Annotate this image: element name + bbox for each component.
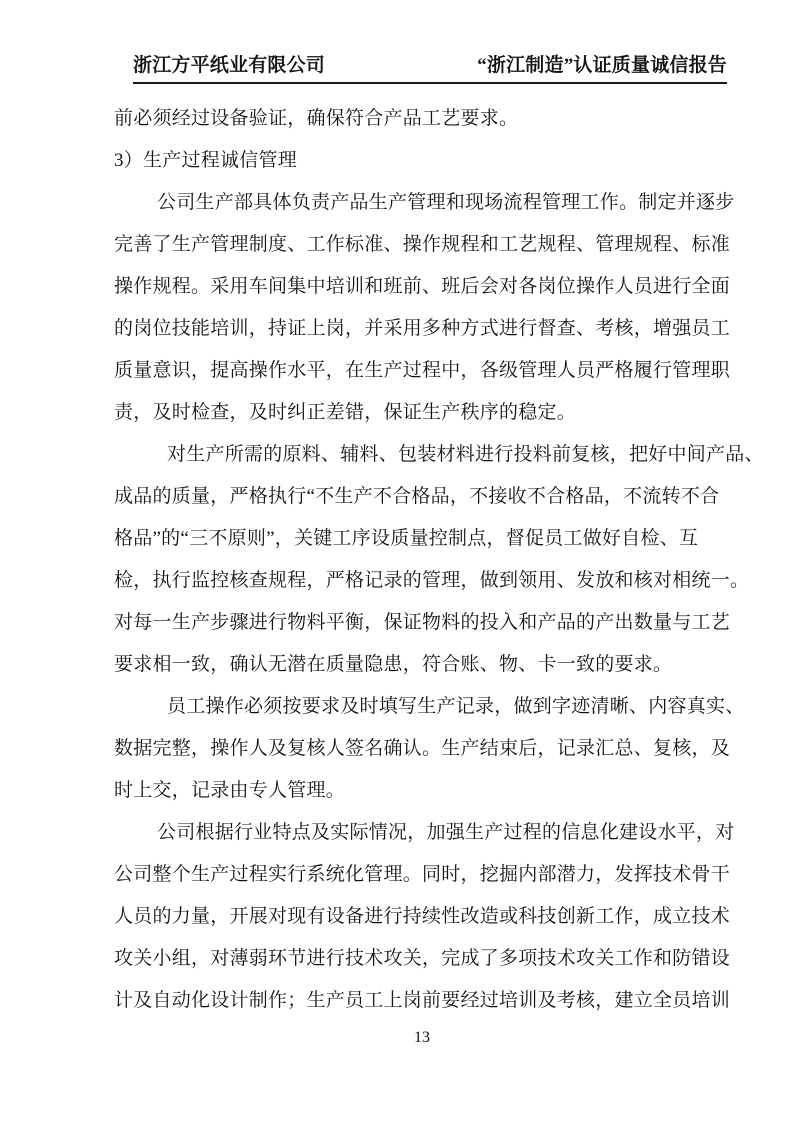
paragraph-line: 质量意识，提高操作水平，在生产过程中，各级管理人员严格履行管理职 <box>114 350 754 392</box>
header-report-title: “浙江制造”认证质量诚信报告 <box>477 50 727 77</box>
paragraph-line: 要求相一致，确认无潜在质量隐患，符合账、物、卡一致的要求。 <box>114 644 754 686</box>
paragraph-line: 攻关小组，对薄弱环节进行技术攻关，完成了多项技术攻关工作和防错设 <box>114 938 754 980</box>
page-number: 13 <box>414 1029 430 1046</box>
paragraph-line: 员工操作必须按要求及时填写生产记录，做到字迹清晰、内容真实、 <box>114 686 754 728</box>
paragraph-line: 格品”的“三不原则”，关键工序设质量控制点，督促员工做好自检、互 <box>114 518 754 560</box>
paragraph-line: 操作规程。采用车间集中培训和班前、班后会对各岗位操作人员进行全面 <box>114 266 754 308</box>
header-company-name: 浙江方平纸业有限公司 <box>133 50 325 77</box>
page-header: 浙江方平纸业有限公司 “浙江制造”认证质量诚信报告 <box>133 50 727 84</box>
paragraph-line: 成品的质量，严格执行“不生产不合格品，不接收不合格品，不流转不合 <box>114 476 754 518</box>
document-page: 浙江方平纸业有限公司 “浙江制造”认证质量诚信报告 前必须经过设备验证，确保符合… <box>0 0 800 1131</box>
paragraph-line: 对每一生产步骤进行物料平衡，保证物料的投入和产品的产出数量与工艺 <box>114 602 754 644</box>
paragraph-line: 人员的力量，开展对现有设备进行持续性改造或科技创新工作，成立技术 <box>114 896 754 938</box>
paragraph-line: 公司生产部具体负责产品生产管理和现场流程管理工作。制定并逐步 <box>114 182 754 224</box>
paragraph-line: 公司根据行业特点及实际情况，加强生产过程的信息化建设水平，对 <box>114 812 754 854</box>
page-footer: 13 <box>114 1028 730 1048</box>
paragraph-line: 对生产所需的原料、辅料、包装材料进行投料前复核，把好中间产品、 <box>114 434 754 476</box>
paragraph-line: 时上交，记录由专人管理。 <box>114 770 754 812</box>
paragraph-line: 完善了生产管理制度、工作标准、操作规程和工艺规程、管理规程、标准 <box>114 224 754 266</box>
paragraph-line: 前必须经过设备验证，确保符合产品工艺要求。 <box>114 98 754 140</box>
paragraph-line: 数据完整，操作人及复核人签名确认。生产结束后，记录汇总、复核，及 <box>114 728 754 770</box>
content: 前必须经过设备验证，确保符合产品工艺要求。3）生产过程诚信管理公司生产部具体负责… <box>114 98 754 1022</box>
paragraph-line: 责，及时检查，及时纠正差错，保证生产秩序的稳定。 <box>114 392 754 434</box>
paragraph-line: 公司整个生产过程实行系统化管理。同时，挖掘内部潜力，发挥技术骨干 <box>114 854 754 896</box>
paragraph-line: 检，执行监控核查规程，严格记录的管理，做到领用、发放和核对相统一。 <box>114 560 754 602</box>
paragraph-line: 的岗位技能培训，持证上岗，并采用多种方式进行督查、考核，增强员工 <box>114 308 754 350</box>
paragraph-line: 计及自动化设计制作；生产员工上岗前要经过培训及考核，建立全员培训 <box>114 980 754 1022</box>
section-heading: 3）生产过程诚信管理 <box>114 140 754 182</box>
